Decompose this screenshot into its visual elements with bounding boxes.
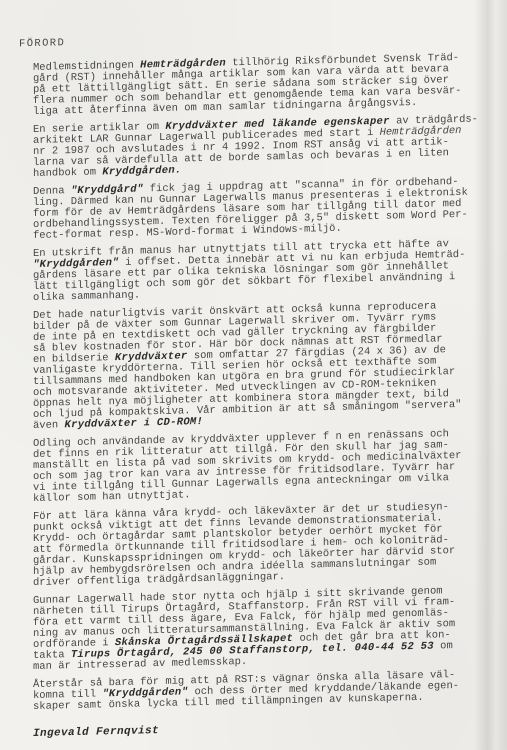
paragraph: Återstår så bara för mig att på RST:s vä… (33, 669, 495, 713)
text-run: Kryddväxter i CD-ROM! (65, 416, 204, 431)
paragraph: Medlemstidningen Hemträdgården tillhörig… (33, 52, 495, 118)
paragraph: En serie artiklar om Kryddväxter med läk… (33, 114, 495, 180)
paragraphs: Medlemstidningen Hemträdgården tillhörig… (33, 52, 495, 713)
paragraph: En utskrift från manus har utnyttjats ti… (33, 238, 495, 304)
text-run: även (33, 419, 65, 432)
paragraph: Det hade naturligtvis varit önskvärt att… (33, 300, 495, 432)
scanned-page: FÖRORD Medlemstidningen Hemträdgården ti… (0, 0, 507, 750)
paragraph: Gunnar Lagerwall hade stor nytta och hjä… (33, 585, 495, 673)
text-run: Kryddgården. (102, 164, 181, 178)
paragraph: För att lära känna våra krydd- och läkev… (33, 501, 495, 589)
text-run: om (434, 640, 453, 652)
paragraph: Odling och användande av kryddväxter upp… (33, 428, 495, 505)
page-title: FÖRORD (19, 27, 495, 50)
text-run: handbok om (33, 166, 102, 180)
signature: Ingevald Fernqvist (33, 718, 495, 740)
text-run: källor som han utnyttjat. (33, 489, 191, 505)
text-run: olika sammanhang. (33, 289, 140, 304)
paragraph: Denna "Kryddgård" fick jag i uppdrag att… (33, 176, 495, 242)
document-text-block: FÖRORD Medlemstidningen Hemträdgården ti… (33, 27, 495, 740)
